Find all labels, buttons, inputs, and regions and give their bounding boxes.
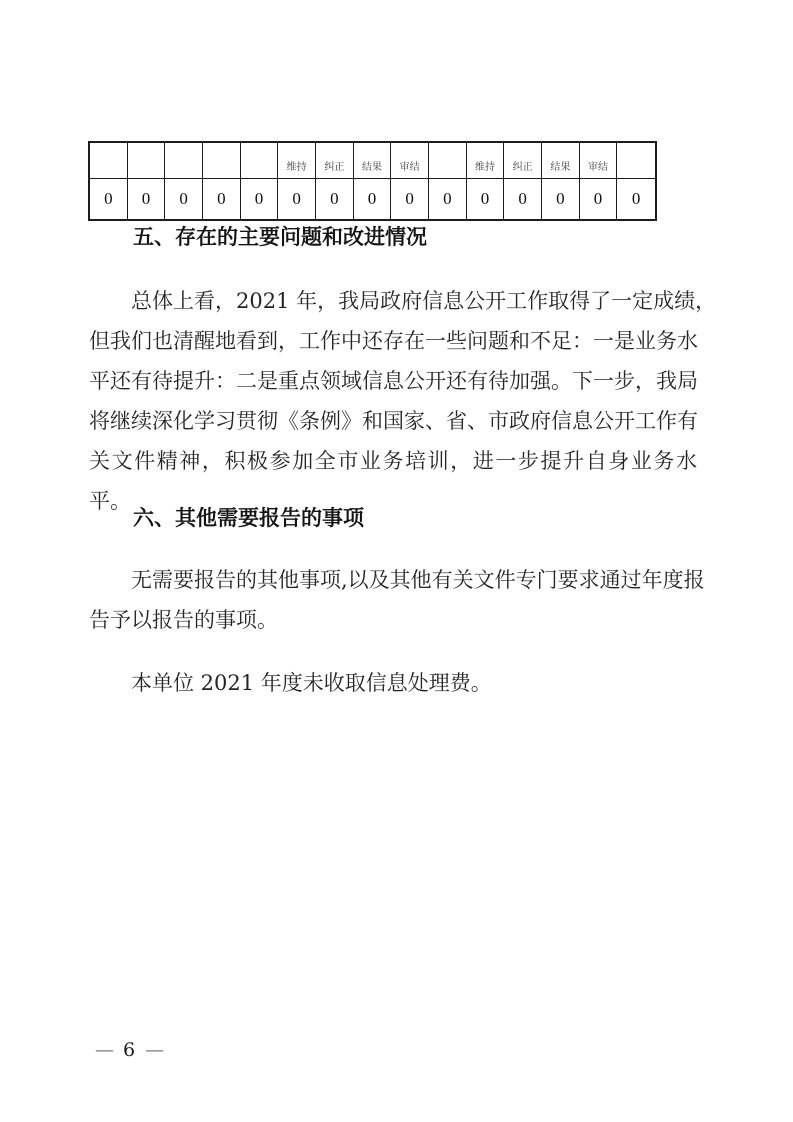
- text-line: 平还有待提升：二是重点领域信息公开还有待加强。下一步，我局: [89, 361, 697, 401]
- text-line: 关文件精神，积极参加全市业务培训，进一步提升自身业务水平。: [89, 441, 697, 481]
- section-six-paragraph-one: 无需要报告的其他事项,以及其他有关文件专门要求通过年度报告予以报告的事项。: [89, 560, 697, 640]
- table-value-cell: 0: [504, 179, 542, 219]
- section-six-paragraph-two: 本单位 2021 年度未收取信息处理费。: [89, 663, 697, 703]
- footer-left-dash: —: [95, 1039, 113, 1061]
- table-header-cell: [90, 143, 128, 179]
- table-value-cell: 0: [391, 179, 429, 219]
- table-value-cell: 0: [354, 179, 392, 219]
- table-value-cell: 0: [542, 179, 580, 219]
- table-header-cell: 结果: [542, 143, 580, 179]
- table-header-cell: 结果: [354, 143, 392, 179]
- table-value-cell: 0: [128, 179, 166, 219]
- table-header-cell: [128, 143, 166, 179]
- text-line: 无需要报告的其他事项,以及其他有关文件专门要求通过年度报: [89, 560, 697, 600]
- text-line: 将继续深化学习贯彻《条例》和国家、省、市政府信息公开工作有: [89, 401, 697, 441]
- table-header-cell: [165, 143, 203, 179]
- table-header-cell: [203, 143, 241, 179]
- table-value-cell: 0: [617, 179, 655, 219]
- text-line: 但我们也清醒地看到，工作中还存在一些问题和不足：一是业务水: [89, 321, 697, 361]
- statistics-table: 维持纠正结果审结维持纠正结果审结000000000000000: [88, 141, 657, 221]
- document-page: 维持纠正结果审结维持纠正结果审结000000000000000 五、存在的主要问…: [0, 0, 793, 1122]
- table-value-cell: 0: [90, 179, 128, 219]
- section-heading-six: 六、其他需要报告的事项: [89, 507, 699, 531]
- table-header-cell: 维持: [467, 143, 505, 179]
- page-footer: — 6 —: [95, 1038, 163, 1062]
- table-value-cell: 0: [165, 179, 203, 219]
- section-five-paragraph: 总体上看，2021 年，我局政府信息公开工作取得了一定成绩，但我们也清醒地看到，…: [89, 281, 697, 481]
- page-number: 6: [123, 1039, 135, 1061]
- table-value-cell: 0: [467, 179, 505, 219]
- table-value-cell: 0: [203, 179, 241, 219]
- text-line: 告予以报告的事项。: [89, 600, 697, 640]
- table-header-cell: 审结: [580, 143, 618, 179]
- table-value-cell: 0: [580, 179, 618, 219]
- table-value-cell: 0: [429, 179, 467, 219]
- table-header-cell: [617, 143, 655, 179]
- table-value-cell: 0: [316, 179, 354, 219]
- table-header-cell: 纠正: [316, 143, 354, 179]
- text-line: 本单位 2021 年度未收取信息处理费。: [89, 663, 697, 703]
- table-value-cell: 0: [278, 179, 316, 219]
- table-header-cell: [429, 143, 467, 179]
- section-heading-five: 五、存在的主要问题和改进情况: [89, 226, 699, 250]
- table-value-cell: 0: [241, 179, 279, 219]
- footer-right-dash: —: [145, 1039, 163, 1061]
- table-header-cell: [241, 143, 279, 179]
- text-line: 总体上看，2021 年，我局政府信息公开工作取得了一定成绩，: [89, 281, 697, 321]
- table-header-cell: 维持: [278, 143, 316, 179]
- table-header-cell: 纠正: [504, 143, 542, 179]
- table-header-cell: 审结: [391, 143, 429, 179]
